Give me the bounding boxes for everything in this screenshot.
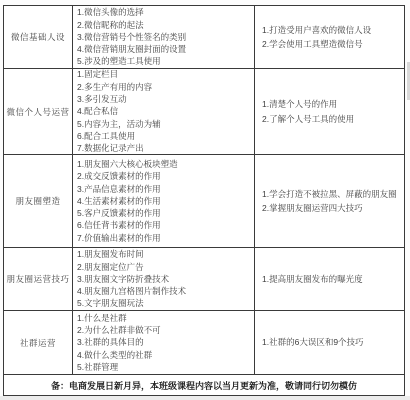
table-row: 朋友圈塑造 1.朋友圈六大核心板块塑造 2.成交反馈素材的作用 3.产品信息素材… [4,155,404,248]
topic-item: 7.价值输出素材的作用 [77,232,250,244]
table-row: 朋友圈运营技巧 1.朋友圈发布时间 2.朋友圈定位广告 3.朋友圈文字防折叠技术… [4,248,404,311]
topic-item: 4.生活素材素材的作用 [77,195,250,207]
category-label: 朋友圈塑造 [15,195,60,207]
goals-cell: 1.清楚个人号的作用 2.了解个人号工具的使用 [255,69,404,154]
topic-item: 4.微信营销朋友圈封面的设置 [77,43,250,55]
course-syllabus-table: 微信基础人设 1.微信头像的选择 2.微信昵称的起法 3.微信营销号个性签名的类… [3,5,405,396]
topic-item: 2.朋友圈定位广告 [77,261,250,273]
category-label: 微信个人号运营 [6,106,69,118]
topic-item: 1.朋友圈发布时间 [77,248,250,260]
table-row: 社群运营 1.什么是社群 2.为什么社群非做不可 3.社群的具体目的 4.做什么… [4,311,404,375]
topic-item: 3.朋友圈文字防折叠技术 [77,273,250,285]
topic-item: 3.微信营销号个性签名的类别 [77,31,250,43]
topic-item: 6.信任背书素材的作用 [77,219,250,231]
topic-item: 1.固定栏目 [77,69,250,81]
topics-cell: 1.朋友圈六大核心板块塑造 2.成交反馈素材的作用 3.产品信息素材的作用 4.… [73,155,255,247]
topic-item: 5.内容为主，活动为辅 [77,118,250,130]
goal-item: 1.提高朋友圈发布的曝光度 [262,272,397,287]
topic-item: 5.文字朋友圈玩法 [77,297,250,309]
topics-cell: 1.固定栏目 2.多生产有用的内容 3.多引发互动 4.配合私信 5.内容为主，… [73,69,255,154]
category-cell: 微信基础人设 [4,6,73,68]
goal-item: 1.学会打造不被拉黑、屏蔽的朋友圈 [262,187,397,202]
goals-cell: 1.社群的6大误区和9个技巧 [255,311,404,374]
page: 微信基础人设 1.微信头像的选择 2.微信昵称的起法 3.微信营销号个性签名的类… [0,0,410,400]
topic-item: 2.为什么社群非做不可 [77,324,250,336]
topic-item: 5.涉及的塑造工具使用 [77,55,250,67]
category-label: 微信基础人设 [11,31,65,43]
category-cell: 社群运营 [4,311,73,374]
footnote-row: 备：电商发展日新月异，本班级课程内容以当月更新为准，敬请同行切勿模仿 [4,375,404,395]
category-cell: 朋友圈塑造 [4,155,73,247]
topic-item: 2.成交反馈素材的作用 [77,170,250,182]
category-label: 社群运营 [20,337,56,349]
table-row: 微信基础人设 1.微信头像的选择 2.微信昵称的起法 3.微信营销号个性签名的类… [4,6,404,69]
topic-item: 3.社群的具体目的 [77,336,250,348]
topics-cell: 1.什么是社群 2.为什么社群非做不可 3.社群的具体目的 4.做什么类型的社群… [73,311,255,374]
goal-item: 2.学会使用工具塑造微信号 [262,37,397,52]
topic-item: 6.配合工具使用 [77,130,250,142]
topic-item: 1.朋友圈六大核心板块塑造 [77,158,250,170]
goals-cell: 1.学会打造不被拉黑、屏蔽的朋友圈 2.掌握朋友圈运营四大技巧 [255,155,404,247]
topic-item: 4.配合私信 [77,105,250,117]
goal-item: 2.掌握朋友圈运营四大技巧 [262,201,397,216]
topic-item: 2.微信昵称的起法 [77,19,250,31]
goal-item: 1.打造受用户喜欢的微信人设 [262,23,397,38]
goal-item: 1.清楚个人号的作用 [262,97,397,112]
topic-item: 5.社群管理 [77,361,250,373]
topics-cell: 1.微信头像的选择 2.微信昵称的起法 3.微信营销号个性签名的类别 4.微信营… [73,6,255,68]
topic-item: 3.产品信息素材的作用 [77,183,250,195]
topics-cell: 1.朋友圈发布时间 2.朋友圈定位广告 3.朋友圈文字防折叠技术 4.朋友圈九宫… [73,248,255,310]
category-cell: 微信个人号运营 [4,69,73,154]
topic-item: 1.什么是社群 [77,312,250,324]
topic-item: 7.数据化记录产出 [77,142,250,154]
topic-item: 3.多引发互动 [77,93,250,105]
goals-cell: 1.提高朋友圈发布的曝光度 [255,248,404,310]
table-row: 微信个人号运营 1.固定栏目 2.多生产有用的内容 3.多引发互动 4.配合私信… [4,69,404,155]
goals-cell: 1.打造受用户喜欢的微信人设 2.学会使用工具塑造微信号 [255,6,404,68]
topic-item: 4.做什么类型的社群 [77,349,250,361]
topic-item: 5.客户反馈素材的作用 [77,207,250,219]
category-cell: 朋友圈运营技巧 [4,248,73,310]
topic-item: 1.微信头像的选择 [77,6,250,18]
footnote-text: 备：电商发展日新月异，本班级课程内容以当月更新为准，敬请同行切勿模仿 [51,379,357,392]
page-bottom-strip [0,396,410,400]
topic-item: 4.朋友圈九宫格图片制作技术 [77,285,250,297]
goal-item: 2.了解个人号工具的使用 [262,112,397,127]
topic-item: 2.多生产有用的内容 [77,81,250,93]
category-label: 朋友圈运营技巧 [6,273,69,285]
goal-item: 1.社群的6大误区和9个技巧 [262,335,397,350]
